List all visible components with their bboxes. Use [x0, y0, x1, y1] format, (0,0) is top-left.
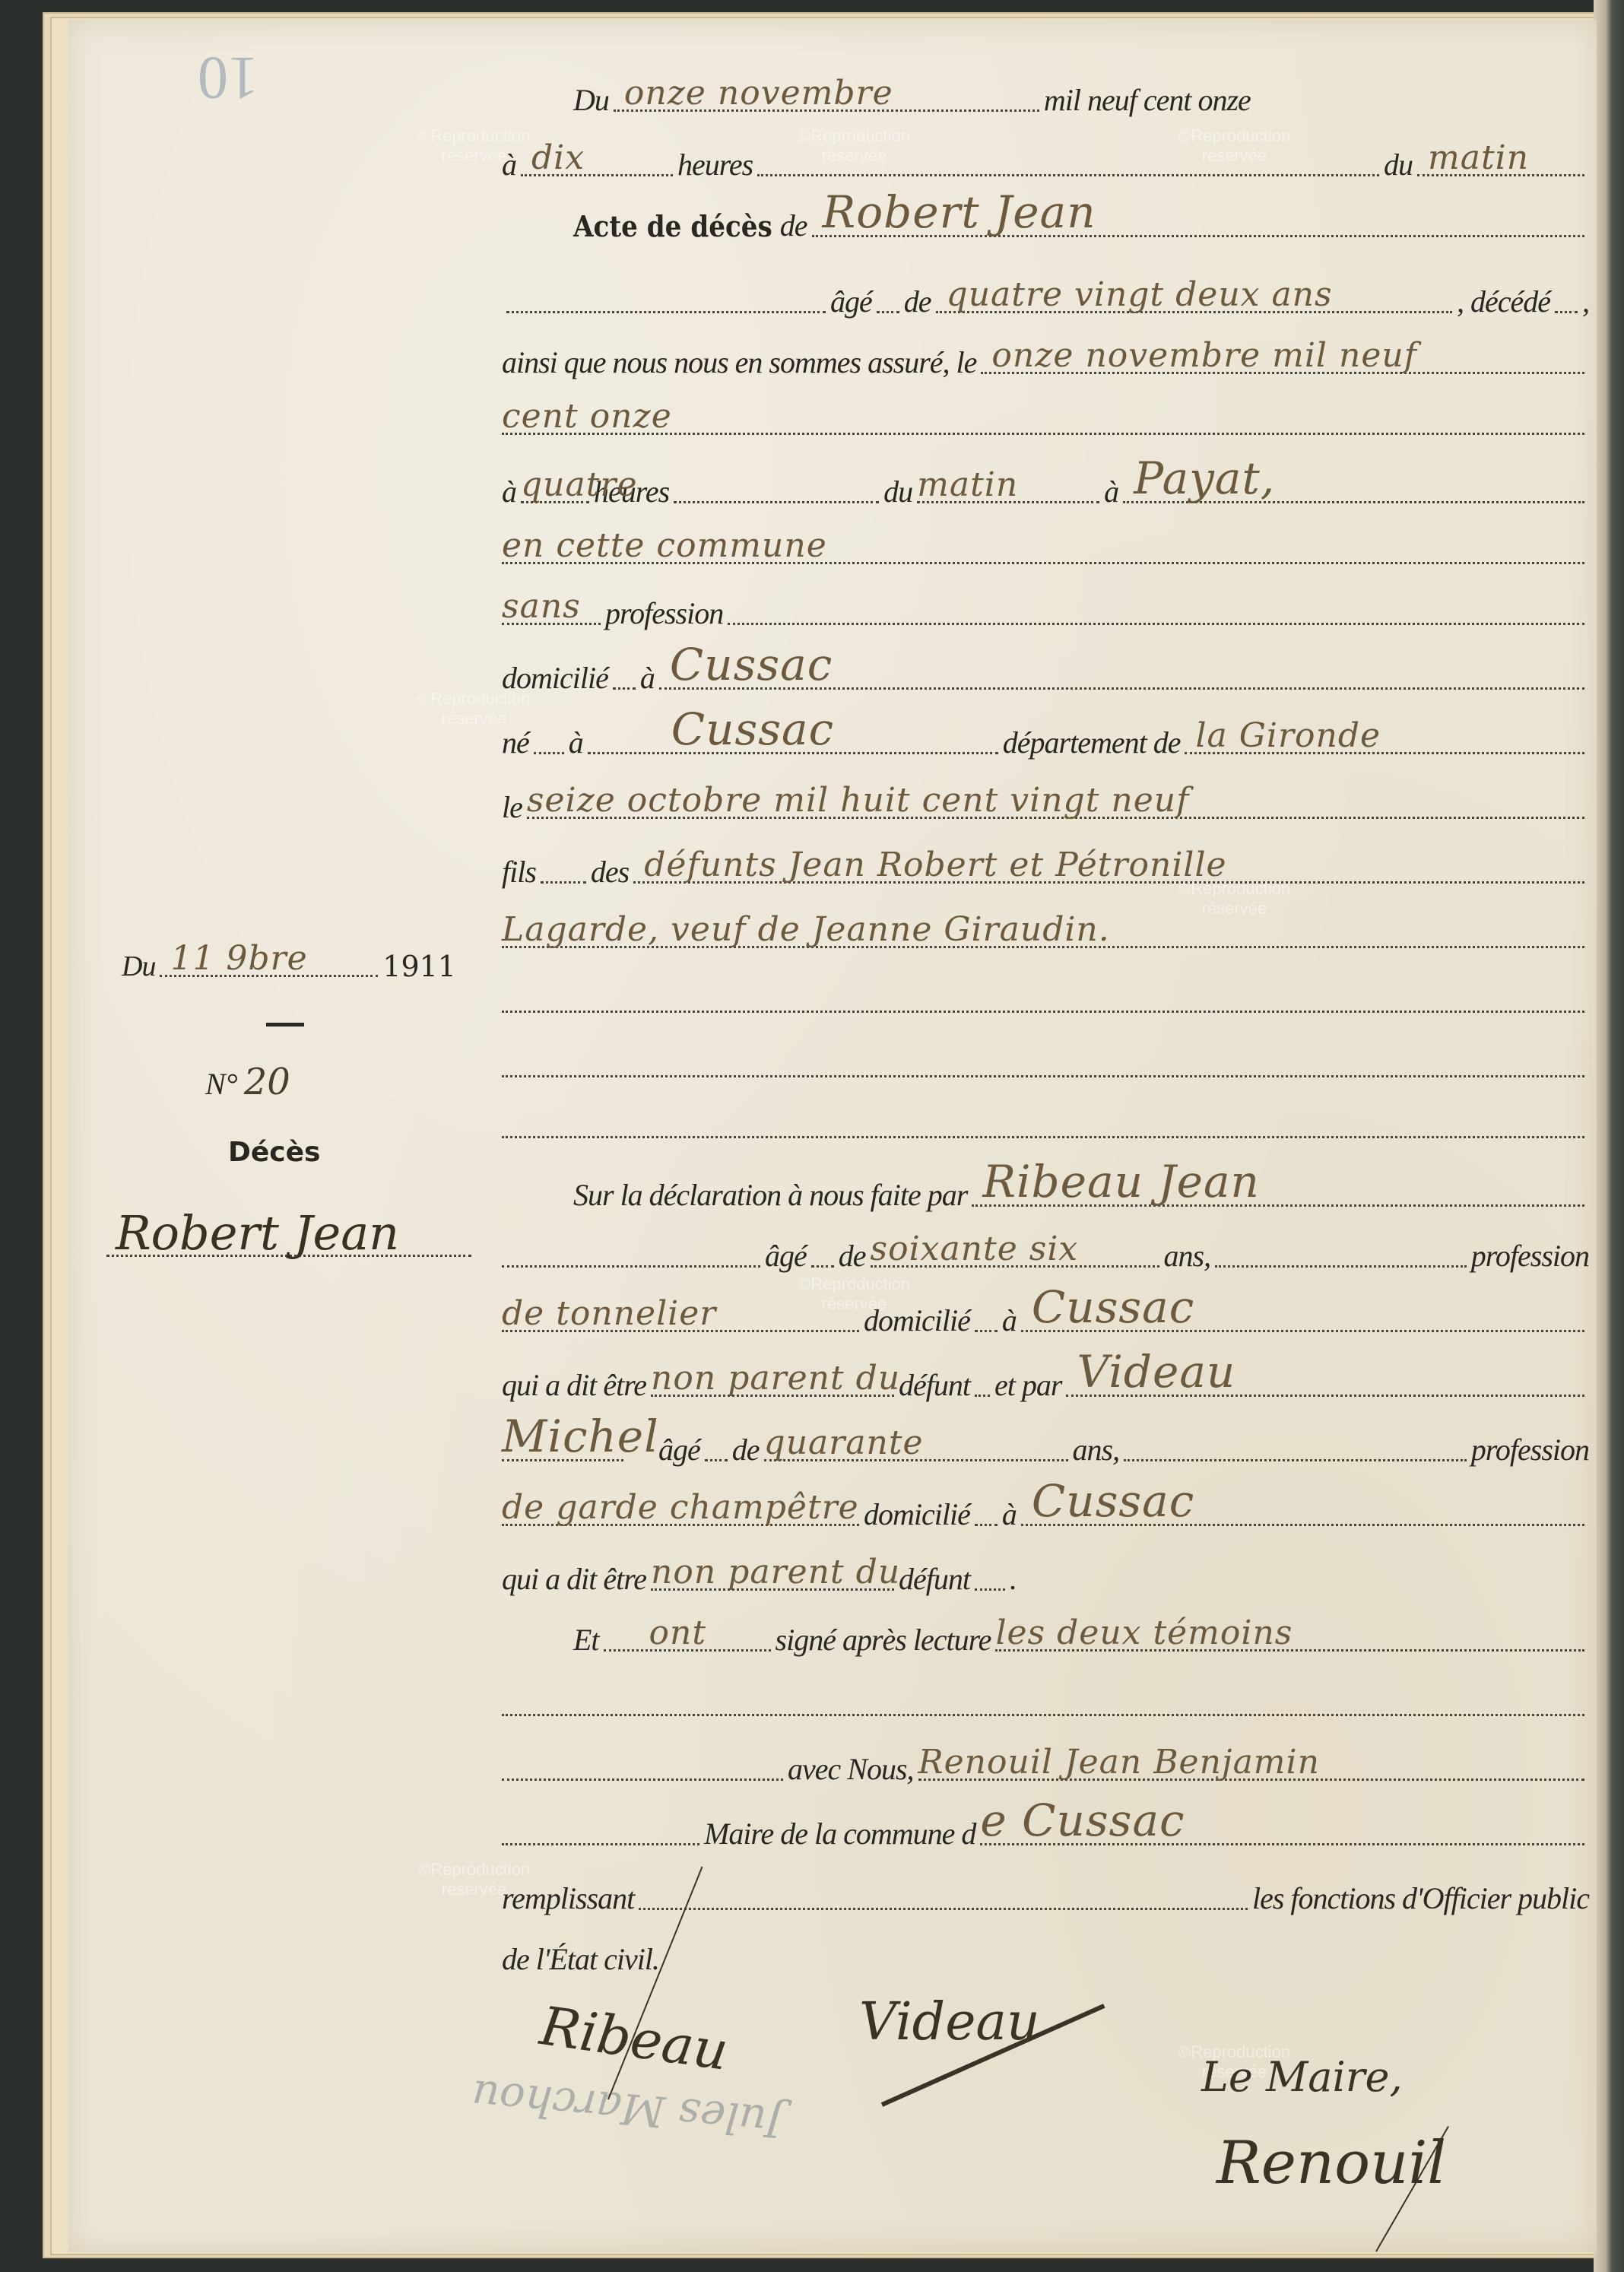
handwritten-domicile: Cussac — [1032, 1281, 1194, 1333]
field-blank — [877, 271, 899, 313]
label-signed: signé après lecture — [776, 1622, 991, 1658]
label-assured: ainsi que nous nous en sommes assuré, le — [502, 344, 976, 380]
line-birthdate: le seize octobre mil huit cent vingt neu… — [502, 779, 1589, 825]
field-blank — [728, 583, 1584, 625]
handwritten-date: onze novembre — [624, 74, 893, 113]
line-declarant1-profession: de tonnelier domicilié à Cussac — [502, 1293, 1589, 1338]
field-blank — [541, 842, 586, 884]
line-blank — [502, 1038, 1589, 1084]
field-blank — [757, 135, 1379, 176]
field-hour: dix — [521, 135, 673, 176]
line-blank — [502, 1677, 1589, 1722]
margin-date-handwritten: 11 9bre — [170, 939, 307, 978]
line-date: Du onze novembre mil neuf cent onze — [502, 72, 1589, 118]
handwritten-age: quatre vingt deux ans — [947, 275, 1333, 314]
label-age: âgé — [658, 1432, 700, 1468]
field-domicile: Cussac — [1021, 1290, 1584, 1332]
label-profession: profession — [1471, 1238, 1589, 1274]
field-blank — [502, 1036, 1584, 1077]
field-declarant2: Videau — [1066, 1355, 1584, 1397]
label-defunt: défunt — [899, 1367, 970, 1403]
handwritten-period: matin — [1428, 138, 1529, 177]
field-age: quarante — [764, 1420, 1068, 1461]
line-declarant2-relation: qui a dit être non parent du défunt . — [502, 1551, 1589, 1597]
handwritten-declarant2-firstname: Michel — [502, 1410, 659, 1462]
handwritten-continuation: cent onze — [502, 397, 672, 436]
field-blank — [502, 1674, 1584, 1716]
label-ne: né — [502, 725, 529, 760]
field-parents-cont: Lagarde, veuf de Jeanne Giraudin. — [502, 906, 1584, 948]
field-blank — [534, 712, 564, 754]
number-prefix: N° — [205, 1067, 238, 1101]
handwritten-relation: non parent du — [651, 1553, 900, 1591]
field-age: quatre vingt deux ans — [936, 271, 1452, 313]
field-deceased: Robert Jean — [812, 195, 1584, 237]
field-commune: e Cussac — [980, 1804, 1584, 1845]
handwritten-declarant1: Ribeau Jean — [982, 1156, 1260, 1207]
field-declarant1: Ribeau Jean — [972, 1165, 1584, 1207]
field-parents: défunts Jean Robert et Pétronille — [633, 842, 1584, 884]
label-avec-nous: avec Nous, — [788, 1751, 914, 1787]
field-relation: non parent du — [651, 1355, 894, 1397]
field-date: onze novembre — [614, 70, 1039, 112]
line-parents: fils des défunts Jean Robert et Pétronil… — [502, 844, 1589, 890]
label-de: de — [780, 208, 807, 243]
handwritten-commune: e Cussac — [980, 1794, 1185, 1846]
deceased-name-handwritten: Robert Jean — [116, 1205, 399, 1261]
handwritten-domicile: Cussac — [670, 639, 833, 690]
line-act-title: Acte de décès de Robert Jean — [502, 198, 1589, 243]
line-continuation: cent onze — [502, 395, 1589, 441]
handwritten-profession: sans — [502, 587, 581, 626]
line-declarant1-age: âgé de soixante six ans, profession — [502, 1228, 1589, 1274]
field-blank — [975, 1355, 990, 1397]
comma: , — [1582, 284, 1589, 319]
field-blank — [502, 1804, 699, 1845]
line-maire: Maire de la commune d e Cussac — [502, 1806, 1589, 1852]
line-age: âgé de quatre vingt deux ans , décédé , — [502, 274, 1589, 319]
field-blank — [506, 271, 826, 313]
label-de: de — [839, 1238, 866, 1274]
handwritten-birthplace: Cussac — [671, 703, 834, 755]
handwritten-declarant2: Videau — [1077, 1346, 1235, 1398]
label-heures: heures — [677, 147, 753, 182]
handwritten-death-date: onze novembre mil neuf — [991, 336, 1417, 375]
field-relation: non parent du — [651, 1549, 894, 1591]
label-du: Du — [573, 82, 609, 118]
line-domicile: domicilié à Cussac — [502, 650, 1589, 696]
field-place: Payat, — [1123, 462, 1584, 503]
line-blank — [502, 973, 1589, 1019]
field-who-signed: les deux témoins — [995, 1610, 1584, 1652]
handwritten-period: matin — [917, 465, 1018, 504]
label-domicilie: domicilié — [502, 660, 608, 696]
label-profession: profession — [605, 595, 723, 631]
handwritten-profession: de garde champêtre — [502, 1488, 859, 1527]
field-death-date: onze novembre mil neuf — [981, 332, 1584, 374]
field-blank — [502, 1226, 760, 1268]
label-maire: Maire de la commune d — [704, 1816, 975, 1852]
label-age: âgé — [765, 1238, 807, 1274]
margin-date: Du 11 9bre 1911 — [122, 935, 456, 983]
field-birthdate: seize octobre mil huit cent vingt neuf — [527, 777, 1584, 819]
field-ont: ont — [604, 1610, 771, 1652]
label-a: à — [1002, 1496, 1017, 1532]
field-hour: quatre — [521, 462, 589, 503]
field-blank — [975, 1484, 998, 1526]
handwritten-profession: de tonnelier — [502, 1294, 716, 1333]
field-blank — [502, 971, 1584, 1013]
label-et: Et — [573, 1622, 599, 1658]
field-commune: en cette commune — [502, 522, 1584, 564]
field-blank — [1124, 1420, 1467, 1461]
line-etat-civil: de l'État civil. — [502, 1931, 1589, 1977]
line-signed: Et ont signé après lecture les deux témo… — [502, 1612, 1589, 1658]
label-decede: , décédé — [1457, 284, 1550, 319]
margin-divider — [266, 1023, 304, 1027]
field-period: matin — [917, 462, 1099, 503]
margin-deceased-name: Robert Jean — [106, 1209, 471, 1257]
label-age: âgé — [830, 284, 872, 319]
margin-act-number: N°20 — [205, 1061, 290, 1103]
handwritten-parents: défunts Jean Robert et Pétronille — [644, 846, 1226, 884]
label-defunt: défunt — [899, 1561, 970, 1597]
field-blank — [811, 1226, 834, 1268]
field-profession: de garde champêtre — [502, 1484, 859, 1526]
field-profession: de tonnelier — [502, 1290, 859, 1332]
label-des: des — [591, 854, 629, 890]
label-etat-civil: de l'État civil. — [502, 1941, 659, 1977]
label-a: à — [502, 474, 516, 509]
label-a: à — [640, 660, 655, 696]
page-number: 10 — [198, 43, 259, 112]
label-year: mil neuf cent onze — [1044, 82, 1251, 118]
label-a: à — [1002, 1303, 1017, 1338]
label-le: le — [502, 789, 522, 825]
field-blank — [502, 1739, 783, 1781]
field-period: matin — [1417, 135, 1584, 176]
label-fils: fils — [502, 854, 536, 890]
line-birthplace: né à Cussac département de la Gironde — [502, 715, 1589, 760]
line-hour: à dix heures du matin — [502, 137, 1589, 182]
line-remplissant: remplissant les fonctions d'Officier pub… — [502, 1871, 1589, 1916]
handwritten-mayor-name: Renouil Jean Benjamin — [918, 1743, 1320, 1782]
margin-date-field: 11 9bre — [160, 935, 378, 977]
margin-date-year: 1911 — [382, 950, 456, 983]
line-parents-cont: Lagarde, veuf de Jeanne Giraudin. — [502, 909, 1589, 954]
field-department: la Gironde — [1185, 712, 1584, 754]
field-blank — [1555, 271, 1578, 313]
label-a: à — [1104, 474, 1118, 509]
label-de: de — [904, 284, 931, 319]
handwritten-commune: en cette commune — [502, 526, 827, 565]
label-a: à — [502, 147, 516, 182]
label-du: du — [883, 474, 912, 509]
field-mayor: Renouil Jean Benjamin — [918, 1739, 1584, 1781]
handwritten-who-signed: les deux témoins — [995, 1614, 1293, 1652]
label-de: de — [732, 1432, 760, 1468]
field-blank — [1215, 1226, 1467, 1268]
handwritten-relation: non parent du — [651, 1359, 900, 1398]
field-declarant2-name: Michel — [502, 1420, 623, 1461]
handwritten-birthdate: seize octobre mil huit cent vingt neuf — [527, 781, 1190, 820]
label-remplissant: remplissant — [502, 1880, 634, 1916]
field-domicile: Cussac — [1021, 1484, 1584, 1526]
field-blank — [613, 648, 636, 690]
handwritten-department: la Gironde — [1195, 716, 1381, 755]
line-declarant2-profession: de garde champêtre domicilié à Cussac — [502, 1487, 1589, 1532]
field-blank — [705, 1420, 728, 1461]
margin-act-type: Décès — [228, 1137, 320, 1168]
label-fonctions: les fonctions d'Officier public — [1252, 1880, 1589, 1916]
line-profession: sans profession — [502, 585, 1589, 631]
line-commune: en cette commune — [502, 525, 1589, 570]
handwritten-parents-cont: Lagarde, veuf de Jeanne Giraudin. — [502, 910, 1110, 949]
line-declaration: Sur la déclaration à nous faite par Ribe… — [502, 1167, 1589, 1213]
field-blank — [502, 1096, 1584, 1138]
handwritten-place: Payat, — [1134, 452, 1275, 504]
period-mark: . — [1010, 1561, 1017, 1597]
label-declaration: Sur la déclaration à nous faite par — [573, 1177, 967, 1213]
line-declarant1-relation: qui a dit être non parent du défunt et p… — [502, 1357, 1589, 1403]
field-blank — [674, 462, 879, 503]
label-a: à — [569, 725, 583, 760]
handwritten-ont: ont — [649, 1614, 707, 1652]
label-profession: profession — [1471, 1432, 1589, 1468]
label-domicilie: domicilié — [864, 1496, 970, 1532]
field-blank — [975, 1549, 1005, 1591]
book-binding — [1594, 0, 1624, 2272]
line-avec-nous: avec Nous, Renouil Jean Benjamin — [502, 1741, 1589, 1787]
label-domicilie: domicilié — [864, 1303, 970, 1338]
label-relation: qui a dit être — [502, 1561, 646, 1597]
act-number: 20 — [244, 1061, 290, 1103]
field-birthplace: Cussac — [588, 712, 998, 754]
label-et-par: et par — [994, 1367, 1061, 1403]
label-relation: qui a dit être — [502, 1367, 646, 1403]
handwritten-age: soixante six — [871, 1230, 1079, 1268]
label-ans: ans, — [1164, 1238, 1211, 1274]
field-domicile: Cussac — [659, 648, 1584, 690]
line-declarant2-age: Michel âgé de quarante ans, profession — [502, 1422, 1589, 1468]
handwritten-deceased-name: Robert Jean — [823, 186, 1096, 238]
mayor-title: Le Maire, — [1201, 2053, 1403, 2101]
field-continuation: cent onze — [502, 393, 1584, 435]
handwritten-domicile: Cussac — [1032, 1475, 1194, 1527]
field-blank — [639, 1868, 1248, 1910]
label-departement: département de — [1003, 725, 1181, 760]
field-profession: sans — [502, 583, 601, 625]
handwritten-age: quarante — [764, 1423, 924, 1462]
handwritten-hour: quatre — [521, 465, 638, 504]
act-title: Acte de décès — [573, 209, 772, 243]
margin-date-prefix: Du — [122, 950, 155, 983]
label-ans: ans, — [1073, 1432, 1120, 1468]
line-blank — [502, 1099, 1589, 1144]
handwritten-hour: dix — [531, 138, 585, 177]
line-death-hour: à quatre heures du matin à Payat, — [502, 464, 1589, 509]
field-age: soixante six — [871, 1226, 1159, 1268]
label-du: du — [1384, 147, 1413, 182]
field-blank — [975, 1290, 998, 1332]
line-assured: ainsi que nous nous en sommes assuré, le… — [502, 335, 1589, 380]
